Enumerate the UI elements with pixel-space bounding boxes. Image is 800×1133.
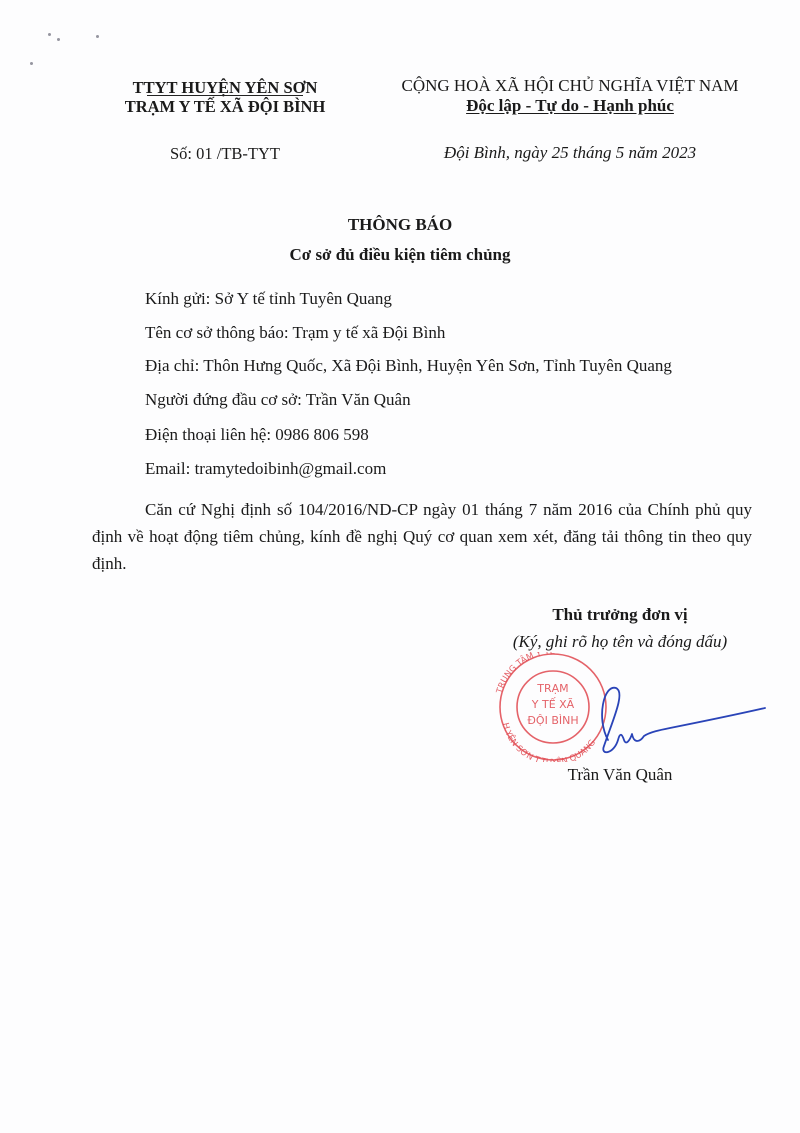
organization-name: TRẠM Y TẾ XÃ ĐỘI BÌNH (90, 97, 360, 116)
svg-text:ĐỘI BÌNH: ĐỘI BÌNH (527, 714, 578, 727)
field-recipient: Kính gửi: Sở Y tế tỉnh Tuyên Quang (145, 289, 392, 309)
svg-text:TRẠM: TRẠM (536, 682, 568, 695)
scan-speck (57, 38, 60, 41)
signatory-name: Trần Văn Quân (460, 765, 780, 785)
body-text: Căn cứ Nghị định số 104/2016/ND-CP ngày … (92, 500, 752, 573)
document-title: THÔNG BÁO (0, 215, 800, 235)
body-paragraph: Căn cứ Nghị định số 104/2016/ND-CP ngày … (92, 496, 752, 577)
field-head-of-facility: Người đứng đầu cơ sở: Trần Văn Quân (145, 390, 411, 410)
document-number: Số: 01 /TB-TYT (90, 144, 360, 164)
national-motto: Độc lập - Tự do - Hạnh phúc (466, 96, 674, 115)
place-date: Đội Bình, ngày 25 tháng 5 năm 2023 (380, 143, 760, 163)
parent-organization: TTYT HUYỆN YÊN SƠN (133, 78, 318, 97)
scan-speck (30, 62, 33, 65)
signature-note: (Ký, ghi rõ họ tên và đóng dấu) (460, 632, 780, 652)
document-subtitle: Cơ sở đủ điều kiện tiêm chủng (0, 245, 800, 265)
field-facility-name: Tên cơ sở thông báo: Trạm y tế xã Đội Bì… (145, 323, 445, 343)
field-phone: Điện thoại liên hệ: 0986 806 598 (145, 425, 369, 445)
national-header: CỘNG HOÀ XÃ HỘI CHỦ NGHĨA VIỆT NAM Độc l… (380, 76, 760, 116)
svg-text:Y TẾ XÃ: Y TẾ XÃ (531, 697, 575, 711)
field-address: Địa chỉ: Thôn Hưng Quốc, Xã Đội Bình, Hu… (145, 356, 672, 376)
scan-speck (96, 35, 99, 38)
field-email: Email: tramytedoibinh@gmail.com (145, 459, 386, 479)
issuing-agency: TTYT HUYỆN YÊN SƠN TRẠM Y TẾ XÃ ĐỘI BÌNH (90, 78, 360, 116)
scan-speck (48, 33, 51, 36)
nation-name: CỘNG HOÀ XÃ HỘI CHỦ NGHĨA VIỆT NAM (380, 76, 760, 96)
handwritten-signature-icon (590, 670, 770, 760)
signatory-role: Thủ trưởng đơn vị (460, 605, 780, 625)
